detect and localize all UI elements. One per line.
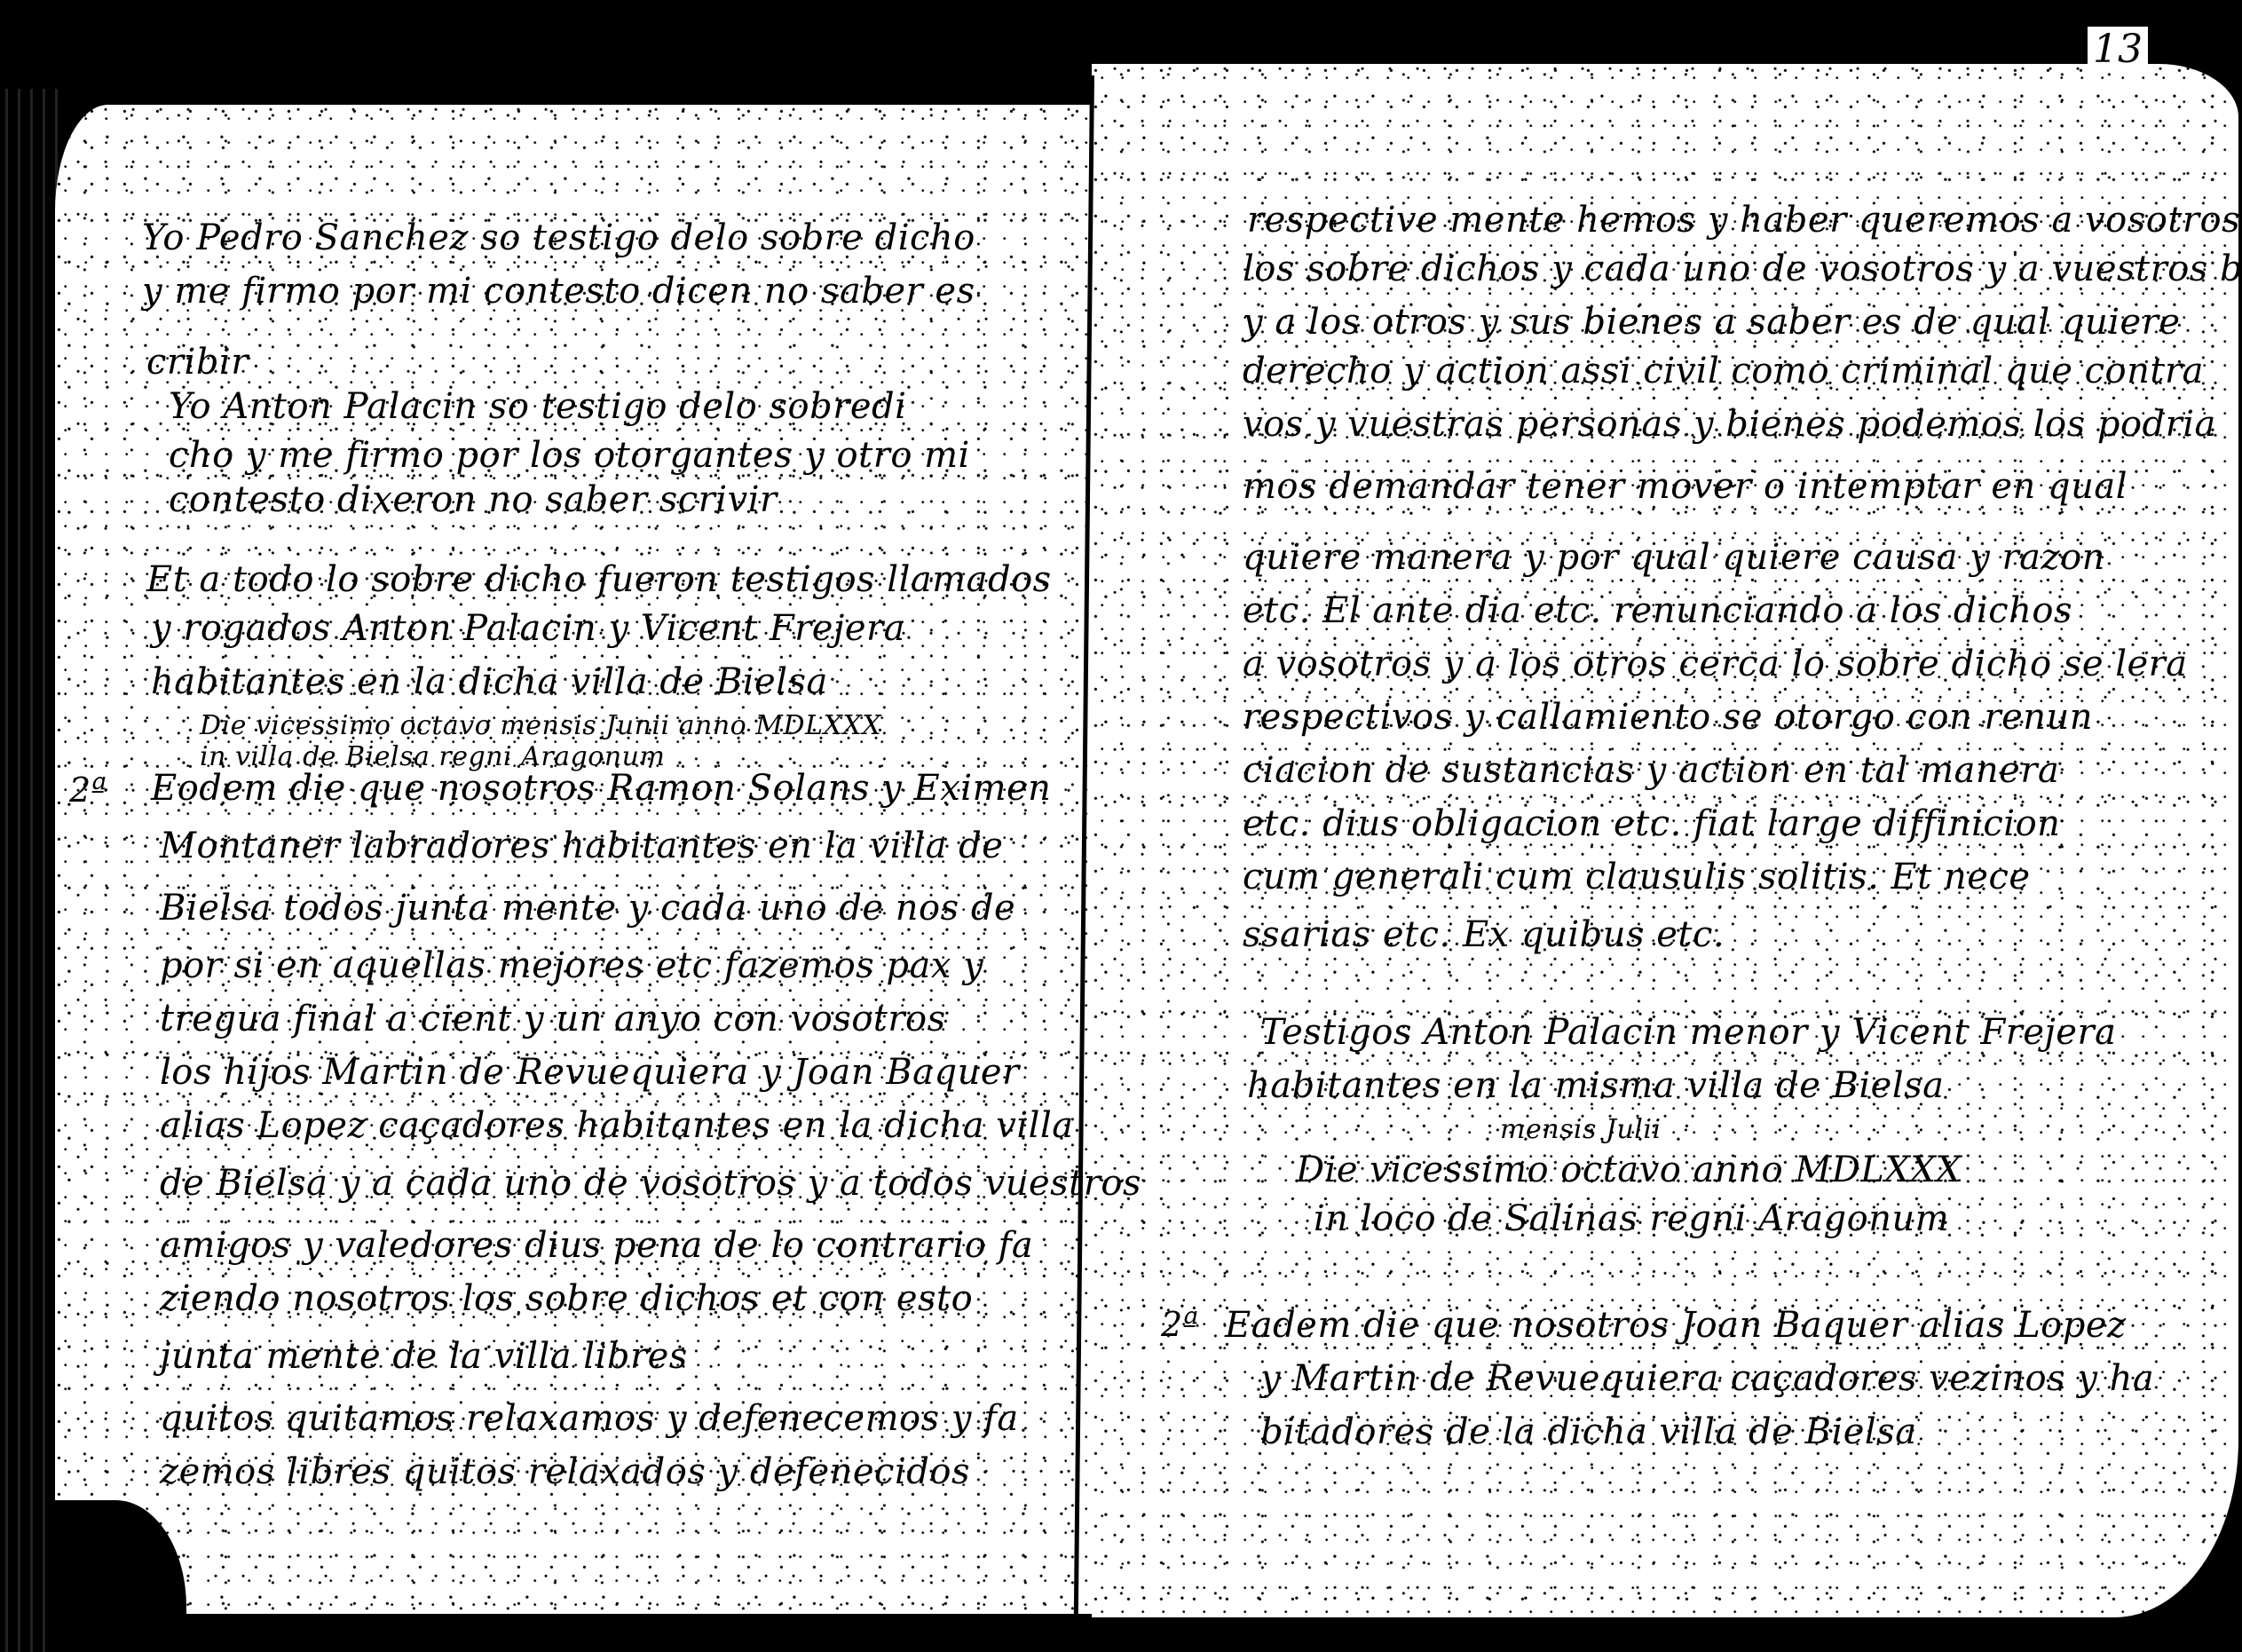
left-line-7: Et a todo lo sobre dicho fueron testigos… <box>146 559 1052 600</box>
right-line-11: ciacion de sustancias y action en tal ma… <box>1243 750 2059 791</box>
left-line-5: cho y me firmo por los otorgantes y otro… <box>169 435 970 476</box>
left-line-12: Eodem die que nosotros Ramon Solans y Ex… <box>151 768 1051 809</box>
left-line-9: habitantes en la dicha villa de Bielsa <box>151 661 828 702</box>
left-line-3: cribir <box>146 342 249 383</box>
right-line-3: y a los otros y sus bienes a saber es de… <box>1243 302 2181 343</box>
right-line-16: habitantes en la misma villa de Bielsa <box>1247 1065 1944 1106</box>
folio-number: 13 <box>2088 27 2148 72</box>
right-line-20: Eadem die que nosotros Joan Baquer alias… <box>1225 1305 2127 1346</box>
left-line-15: por si en aquellas mejores etc fazemos p… <box>160 945 983 986</box>
right-line-2: los sobre dichos y cada uno de vosotros … <box>1243 249 2242 289</box>
left-line-19: de Bielsa y a cada uno de vosotros y a t… <box>160 1163 1141 1204</box>
margin-note: 2ª <box>69 771 107 810</box>
margin-note: 2ª <box>1161 1305 1198 1344</box>
left-line-6: contesto dixeron no saber scrivir <box>169 479 778 520</box>
left-line-13: Montaner labradores habitantes en la vil… <box>160 826 1003 866</box>
right-line-21: y Martin de Revuequiera caçadores vezino… <box>1260 1358 2154 1399</box>
right-line-10: respectivos y callamiento se otorgo con … <box>1243 697 2093 738</box>
left-line-10: Die vicessimo octavo mensis Junii anno M… <box>200 710 881 741</box>
binding-edge <box>0 89 62 1652</box>
right-line-14: ssarias etc. Ex quibus etc. <box>1243 914 1725 955</box>
left-line-1: Yo Pedro Sanchez so testigo delo sobre d… <box>142 217 975 258</box>
right-line-7: quiere manera y por qual quiere causa y … <box>1243 537 2105 578</box>
left-line-2: y me firmo por mi contesto dicen no sabe… <box>142 271 975 312</box>
right-line-5: vos y vuestras personas y bienes podemos… <box>1243 404 2216 445</box>
left-line-17: los hijos Martin de Revuequiera y Joan B… <box>160 1052 1020 1093</box>
left-line-18: alias Lopez caçadores habitantes en la d… <box>160 1105 1074 1146</box>
right-line-8: etc. El ante dia etc. renunciando a los … <box>1243 590 2072 631</box>
right-line-18: Die vicessimo octavo anno MDLXXX <box>1296 1150 1962 1190</box>
left-line-20: amigos y valedores dius pena de lo contr… <box>160 1225 1033 1266</box>
right-line-1: respective mente hemos y haber queremos … <box>1247 200 2240 241</box>
left-line-14: Bielsa todos junta mente y cada uno de n… <box>160 888 1015 929</box>
right-line-9: a vosotros y a los otros cerca lo sobre … <box>1243 644 2188 684</box>
left-line-24: zemos libres quitos relaxados y defeneci… <box>160 1451 970 1492</box>
right-line-13: cum generali cum clausulis solitis. Et n… <box>1243 857 2031 897</box>
left-line-4: Yo Anton Palacin so testigo delo sobredi <box>169 386 906 427</box>
right-line-12: etc. dius obligacion etc. fiat large dif… <box>1243 803 2060 844</box>
left-line-22: junta mente de la villa libres <box>160 1336 688 1377</box>
right-line-15: Testigos Anton Palacin menor y Vicent Fr… <box>1260 1012 2116 1053</box>
right-line-22: bitadores de la dicha villa de Bielsa <box>1260 1411 1917 1452</box>
left-line-23: quitos quitamos relaxamos y defenecemos … <box>160 1398 1019 1439</box>
right-line-6: mos demandar tener mover o intemptar en … <box>1243 466 2128 507</box>
right-line-4: derecho y action assi civil como crimina… <box>1243 351 2204 391</box>
left-line-21: ziendo nosotros los sobre dichos et con … <box>160 1278 973 1319</box>
left-line-8: y rogados Anton Palacin y Vicent Frejera <box>151 608 905 649</box>
right-line-17: mensis Julii <box>1500 1114 1662 1145</box>
left-line-16: tregua final a cient y un anyo con vosot… <box>160 999 946 1039</box>
manuscript-spread: 13 2ª Yo Pedro Sanchez so testigo delo s… <box>0 0 2242 1652</box>
right-line-19: in loco de Salinas regni Aragonum <box>1314 1198 1949 1239</box>
